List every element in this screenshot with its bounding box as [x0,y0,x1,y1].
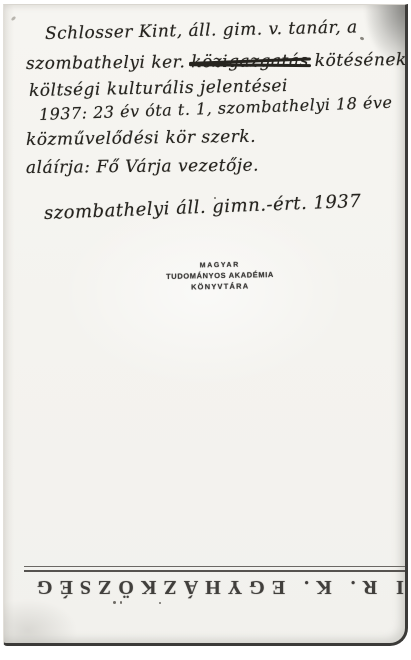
paper-speck [159,602,161,604]
upside-down-printed-imprint: SI R. K. EGYHÁZKÖZSÉG [18,566,408,599]
handwritten-text: kötésének. [309,50,408,71]
imprint-title-text: SI R. K. EGYHÁZKÖZSÉG [18,575,408,599]
stamp-line: TUDOMÁNYOS AKADÉMIA [142,270,298,282]
handwritten-text: szombathelyi ker. [26,52,191,74]
library-ownership-stamp: MAGYAR TUDOMÁNYOS AKADÉMIA KÖNYVTÁRA [142,261,298,293]
paper-speck [113,601,116,604]
book-flyleaf-page: Schlosser Kint, áll. gim. v. tanár, a sz… [3,4,408,646]
stamp-line: MAGYAR [142,261,298,271]
handwritten-note-line-2: szombathelyi ker. közigazgatás kötésének… [26,50,408,74]
paper-speck [214,197,216,199]
scribbled-out-word: közigazgatás [191,51,309,72]
stamp-line: KÖNYVTÁRA [142,281,298,293]
paper-speck [360,36,365,40]
handwritten-note-line-5: közművelődési kör szerk. [26,127,256,150]
paper-speck [120,601,122,604]
handwritten-note-line-7: szombathelyi áll. gimn.-ért. 1937 [44,191,362,224]
paper-speck [11,16,17,22]
handwritten-note-line-6: aláírja: Fő Várja vezetője. [26,156,259,178]
double-rule [24,566,408,572]
handwritten-note-line-1: Schlosser Kint, áll. gim. v. tanár, a [45,17,358,44]
scanned-document: Schlosser Kint, áll. gim. v. tanár, a sz… [0,0,411,660]
